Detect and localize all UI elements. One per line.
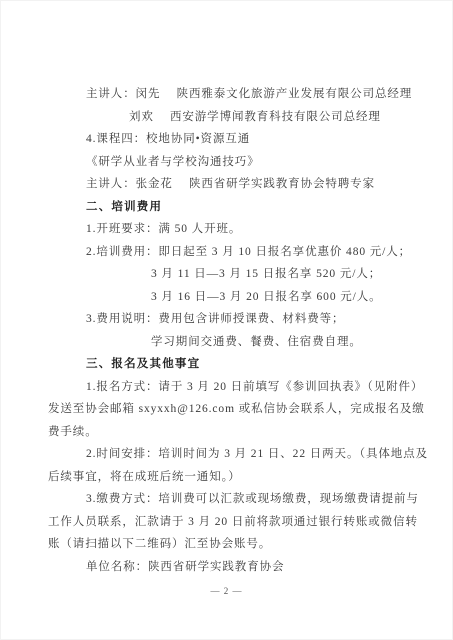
signup-item-2: 2.时间安排：培训时间为 3 月 21 日、22 日两天。（具体地点及 (48, 443, 414, 466)
document-body: 主讲人：闵先 陕西雅泰文化旅游产业发展有限公司总经理 刘欢 西安游学博闻教育科技… (48, 83, 414, 578)
signup-item-3-cont-2: 账（请扫描以下二维码）汇至协会账号。 (48, 533, 414, 556)
fee-item-2: 2.培训费用：即日起至 3 月 10 日报名享优惠价 480 元/人； (48, 241, 414, 264)
fee-item-3-cont: 学习期间交通费、餐费、住宿费自理。 (48, 331, 414, 354)
signup-item-2-cont: 后续事宜，将在成班后统一通知。） (48, 466, 414, 489)
section-heading-signup: 三、报名及其他事宜 (48, 353, 414, 376)
signup-item-1-cont-2: 费手续。 (48, 421, 414, 444)
speaker-line: 主讲人：闵先 陕西雅泰文化旅游产业发展有限公司总经理 (48, 83, 414, 106)
fee-item-3: 3.费用说明：费用包含讲师授课费、材料费等； (48, 308, 414, 331)
signup-item-1-cont-1: 发送至协会邮箱 sxyxxh@126.com 或私信协会联系人，完成报名及缴 (48, 398, 414, 421)
course-4-speaker: 主讲人：张金花 陕西省研学实践教育协会特聘专家 (48, 173, 414, 196)
document-page: 主讲人：闵先 陕西雅泰文化旅游产业发展有限公司总经理 刘欢 西安游学博闻教育科技… (0, 0, 453, 640)
signup-item-3-cont-1: 工作人员联系，汇款请于 3 月 20 日前将款项通过银行转账或微信转 (48, 511, 414, 534)
speaker-line-2: 刘欢 西安游学博闻教育科技有限公司总经理 (48, 106, 414, 129)
signup-item-3: 3.缴费方式：培训费可以汇款或现场缴费，现场缴费请提前与 (48, 488, 414, 511)
page-number: — 2 — (1, 586, 452, 596)
course-4-subtitle: 《研学从业者与学校沟通技巧》 (48, 151, 414, 174)
fee-item-1: 1.开班要求：满 50 人开班。 (48, 218, 414, 241)
section-heading-fees: 二、培训费用 (48, 196, 414, 219)
fee-tier-2: 3 月 11 日—3 月 15 日报名享 520 元/人； (48, 263, 414, 286)
fee-tier-3: 3 月 16 日—3 月 20 日报名享 600 元/人。 (48, 286, 414, 309)
org-name-line: 单位名称：陕西省研学实践教育协会 (48, 556, 414, 579)
course-4-title: 4.课程四：校地协同•资源互通 (48, 128, 414, 151)
signup-item-1: 1.报名方式：请于 3 月 20 日前填写《参训回执表》（见附件） (48, 376, 414, 399)
